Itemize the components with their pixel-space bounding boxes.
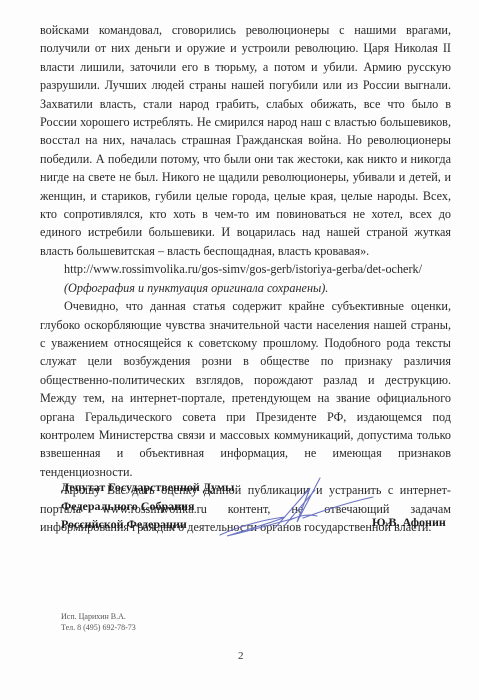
- document-page: войсками командовал, сговорились революц…: [0, 0, 479, 700]
- quote-paragraph: войсками командовал, сговорились революц…: [40, 21, 451, 260]
- signatory-title-line: Российской Федерации: [61, 515, 234, 534]
- assessment-paragraph: Очевидно, что данная статья содержит кра…: [40, 297, 451, 481]
- executor-info: Исп. Царихин В.А. Тел. 8 (495) 692-78-73: [61, 612, 136, 633]
- source-note: (Орфография и пунктуация оригинала сохра…: [40, 279, 451, 297]
- signatory-title: Депутат Государственной Думы Федеральног…: [61, 478, 234, 534]
- signatory-title-line: Депутат Государственной Думы: [61, 478, 234, 497]
- source-url: http://www.rossimvolika.ru/gos-simv/gos-…: [40, 260, 451, 278]
- executor-name: Исп. Царихин В.А.: [61, 612, 136, 623]
- executor-phone: Тел. 8 (495) 692-78-73: [61, 623, 136, 634]
- page-number: 2: [238, 650, 244, 662]
- letter-body: войсками командовал, сговорились революц…: [40, 21, 451, 536]
- signatory-name: Ю.В. Афонин: [372, 515, 446, 530]
- handwritten-signature-icon: [215, 470, 375, 545]
- signatory-title-line: Федерального Собрания: [61, 497, 234, 516]
